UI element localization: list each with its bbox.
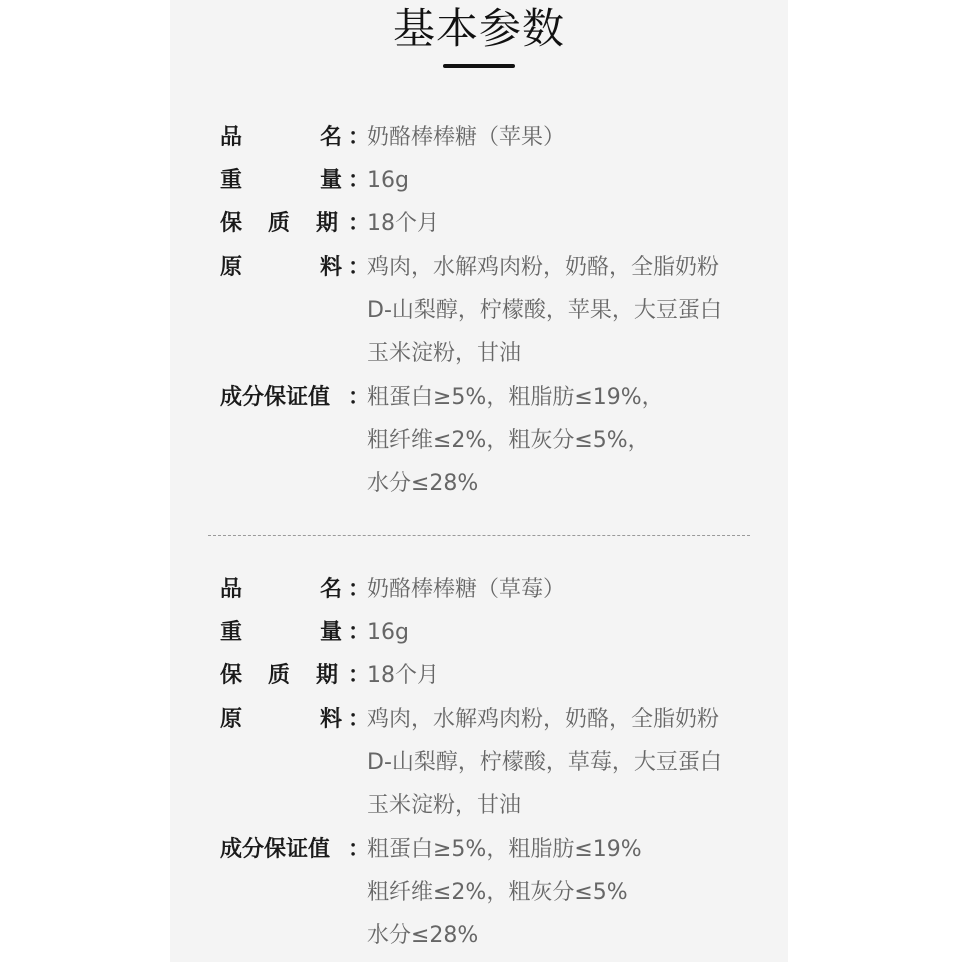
- name-row: 品 名 ： 奶酪棒棒糖（草莓）: [170, 575, 788, 618]
- ingredients-line: 玉米淀粉，甘油: [367, 339, 521, 369]
- label-char: 量: [320, 618, 342, 648]
- product-name-value: 奶酪棒棒糖（草莓）: [367, 575, 565, 605]
- label-char: 量: [320, 166, 342, 196]
- label-char: 料: [320, 253, 342, 283]
- shelf-life-row: 保 质 期 ： 18个月: [170, 661, 788, 704]
- label-char: 期: [316, 209, 338, 239]
- ingredients-line: 鸡肉，水解鸡肉粉，奶酪，全脂奶粉: [367, 705, 719, 735]
- label-char: 名: [320, 123, 342, 153]
- label-text: 成分保证值: [220, 835, 330, 865]
- label-char: 原: [220, 705, 242, 735]
- analysis-line: 粗纤维≤2%，粗灰分≤5%: [367, 878, 628, 908]
- label-char: 品: [220, 575, 242, 605]
- name-row: 品 名 ： 奶酪棒棒糖（苹果）: [170, 123, 788, 166]
- label-char: 期: [316, 661, 338, 691]
- weight-row: 重 量 ： 16g: [170, 618, 788, 661]
- spec-panel: 基本参数 品 名 ： 奶酪棒棒糖（苹果） 重 量 ： 16g 保 质 期: [170, 0, 788, 962]
- shelf-life-row: 保 质 期 ： 18个月: [170, 209, 788, 252]
- label-char: 质: [268, 661, 290, 691]
- analysis-line: 水分≤28%: [367, 921, 478, 951]
- weight-row: 重 量 ： 16g: [170, 166, 788, 209]
- label-char: 重: [220, 166, 242, 196]
- label-char: 重: [220, 618, 242, 648]
- analysis-row: 成分保证值 ： 粗蛋白≥5%，粗脂肪≤19%， 粗纤维≤2%，粗灰分≤5%， 水…: [170, 383, 788, 426]
- section-divider: [208, 535, 750, 536]
- label-char: 保: [220, 661, 242, 691]
- label-text: 成分保证值: [220, 383, 330, 413]
- label-char: 原: [220, 253, 242, 283]
- label-char: 料: [320, 705, 342, 735]
- shelf-life-value: 18个月: [367, 661, 439, 691]
- page-title: 基本参数: [170, 4, 788, 54]
- title-underline: [443, 64, 515, 68]
- analysis-line: 水分≤28%: [367, 469, 478, 499]
- ingredients-row: 原 料 ： 鸡肉，水解鸡肉粉，奶酪，全脂奶粉 D-山梨醇，柠檬酸，草莓，大豆蛋白…: [170, 705, 788, 748]
- label-char: 品: [220, 123, 242, 153]
- label-char: 名: [320, 575, 342, 605]
- analysis-row: 成分保证值 ： 粗蛋白≥5%，粗脂肪≤19% 粗纤维≤2%，粗灰分≤5% 水分≤…: [170, 835, 788, 878]
- ingredients-row: 原 料 ： 鸡肉，水解鸡肉粉，奶酪，全脂奶粉 D-山梨醇，柠檬酸，苹果，大豆蛋白…: [170, 253, 788, 296]
- label-char: 保: [220, 209, 242, 239]
- weight-value: 16g: [367, 618, 409, 648]
- ingredients-line: 玉米淀粉，甘油: [367, 791, 521, 821]
- ingredients-line: 鸡肉，水解鸡肉粉，奶酪，全脂奶粉: [367, 253, 719, 283]
- analysis-line: 粗蛋白≥5%，粗脂肪≤19%，: [367, 383, 664, 413]
- analysis-line: 粗蛋白≥5%，粗脂肪≤19%: [367, 835, 642, 865]
- weight-value: 16g: [367, 166, 409, 196]
- analysis-line: 粗纤维≤2%，粗灰分≤5%，: [367, 426, 650, 456]
- shelf-life-value: 18个月: [367, 209, 439, 239]
- product-name-value: 奶酪棒棒糖（苹果）: [367, 123, 565, 153]
- label-char: 质: [268, 209, 290, 239]
- ingredients-line: D-山梨醇，柠檬酸，苹果，大豆蛋白: [367, 296, 722, 326]
- ingredients-line: D-山梨醇，柠檬酸，草莓，大豆蛋白: [367, 748, 722, 778]
